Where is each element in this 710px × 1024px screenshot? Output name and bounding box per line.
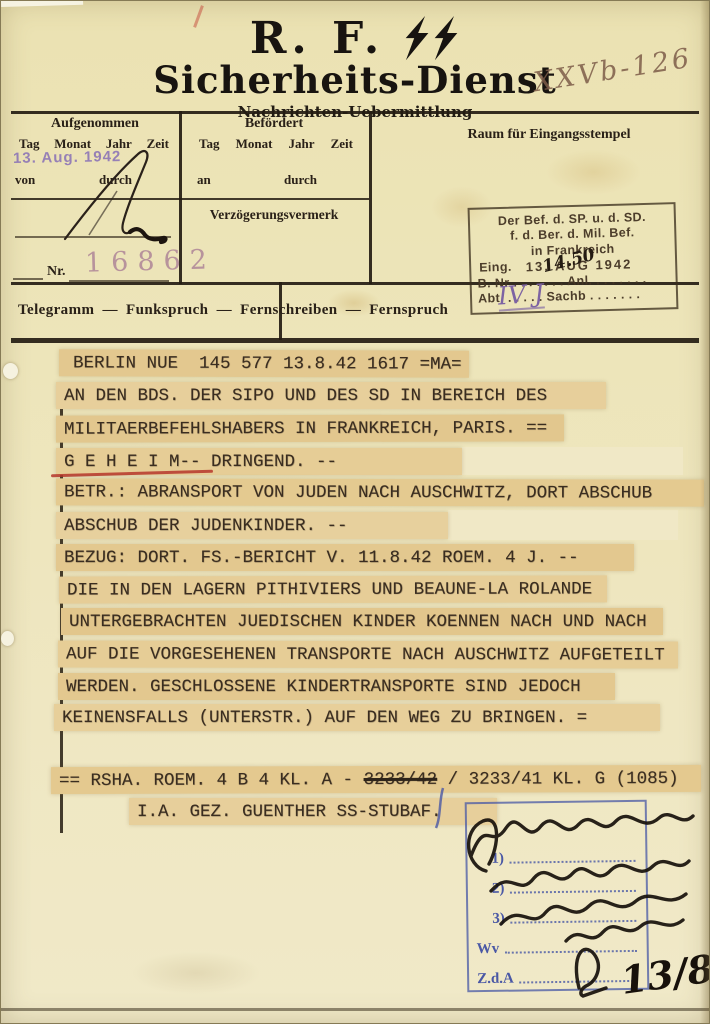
routing-row: Wv (476, 926, 636, 958)
dotted-line (519, 980, 637, 984)
telegram-line: BERLIN NUE 145 577 13.8.42 1617 =MA= (59, 349, 469, 377)
rule-thick (11, 338, 699, 343)
telegram-signature-line: I.A. GEZ. GUENTHER SS-STUBAF. (129, 798, 497, 825)
telegram-line: UNTERGEBRACHTEN JUEDISCHEN KINDER KOENNE… (61, 608, 663, 635)
rf-initials: R. F. (250, 13, 384, 64)
routing-row: Z.d.A (477, 956, 637, 988)
telegram-line: ABSCHUB DER JUDENKINDER. -- (56, 512, 448, 539)
col-tag: Tag (199, 136, 219, 152)
tape-patch (462, 447, 683, 475)
transmission-types: Telegramm — Funkspruch — Fernschreiben —… (18, 302, 448, 319)
entry-stamp-area-label: Raum für Eingangsstempel (399, 127, 699, 143)
inner-rule (179, 198, 369, 200)
page-bottom-edge (1, 1008, 710, 1011)
telegram-line: AUF DIE VORGESEHENEN TRANSPORTE NACH AUS… (58, 640, 678, 668)
col-monat: Monat (236, 136, 273, 152)
telegram-line: MILITAERBEFEHLSHABERS IN FRANKREICH, PAR… (56, 414, 564, 442)
von-label: von (15, 172, 35, 188)
page-right-shadow (700, 1, 709, 1023)
an-label: an (197, 172, 211, 188)
box-divider-right (369, 111, 372, 284)
telegram-line: BETR.: ABRANSPORT VON JUDEN NACH AUSCHWI… (56, 478, 704, 506)
geheim-word: G E H E I M (64, 452, 180, 472)
telegram-line: WERDEN. GESCHLOSSENE KINDERTRANSPORTE SI… (58, 673, 615, 700)
clerk-signature (59, 139, 177, 247)
routing-row: 2) (476, 866, 636, 898)
delay-note-label: Verzögerungsvermerk (179, 207, 369, 223)
telegram-line-geheim: G E H E I M-- DRINGEND. -- (56, 448, 462, 475)
hole-punch (3, 363, 18, 379)
befoerdert-label: Befördert (179, 116, 369, 132)
tape-patch (448, 510, 678, 540)
eing-label: Eing. (479, 259, 512, 276)
routing-row: 1) (475, 836, 635, 868)
scan-edge-artifact (1, 0, 83, 7)
paper-stain (131, 951, 261, 995)
telegram-line: DIE IN DEN LAGERN PITHIVIERS UND BEAUNE-… (59, 575, 607, 603)
nr-label: Nr. (47, 264, 66, 280)
telegram-line-rsha: == RSHA. ROEM. 4 B 4 KL. A - 3233/42 / 3… (51, 765, 701, 794)
befoerdert-columns: Tag Monat Jahr Zeit (179, 136, 369, 152)
routing-stamp-box: 1) 2) 3) Wv Z.d.A (465, 800, 650, 993)
telegram-document-page: R. F. Sicherheits-Dienst Nachrichten-Ueb… (0, 0, 710, 1024)
col-zeit: Zeit (331, 136, 353, 152)
telegram-line: AN DEN BDS. DER SIPO UND DES SD IN BEREI… (56, 382, 606, 409)
dotted-line (504, 950, 637, 954)
routing-row: 3) (476, 896, 636, 928)
dotted-line (510, 920, 637, 924)
dotted-line (509, 860, 636, 864)
nr-leadline (13, 278, 43, 280)
durch-label: durch (284, 172, 317, 188)
aufgenommen-label: Aufgenommen (11, 116, 179, 132)
col-jahr: Jahr (289, 136, 315, 152)
dotted-line (509, 890, 636, 894)
rule-top (11, 111, 699, 114)
hole-punch (1, 631, 14, 646)
ss-runes-icon (402, 16, 463, 62)
telegram-line: BEZUG: DORT. FS.-BERICHT V. 11.8.42 ROEM… (56, 544, 634, 571)
struck-reference: 3233/42 (364, 769, 438, 789)
paper-stain (546, 149, 641, 195)
nr-underline (69, 280, 169, 282)
telegram-line: KEINENSFALLS (UNTERSTR.) AUF DEN WEG ZU … (54, 704, 660, 731)
handwritten-dept: IV J (497, 280, 545, 311)
telegram-number-stamp: 16862 (85, 244, 217, 278)
